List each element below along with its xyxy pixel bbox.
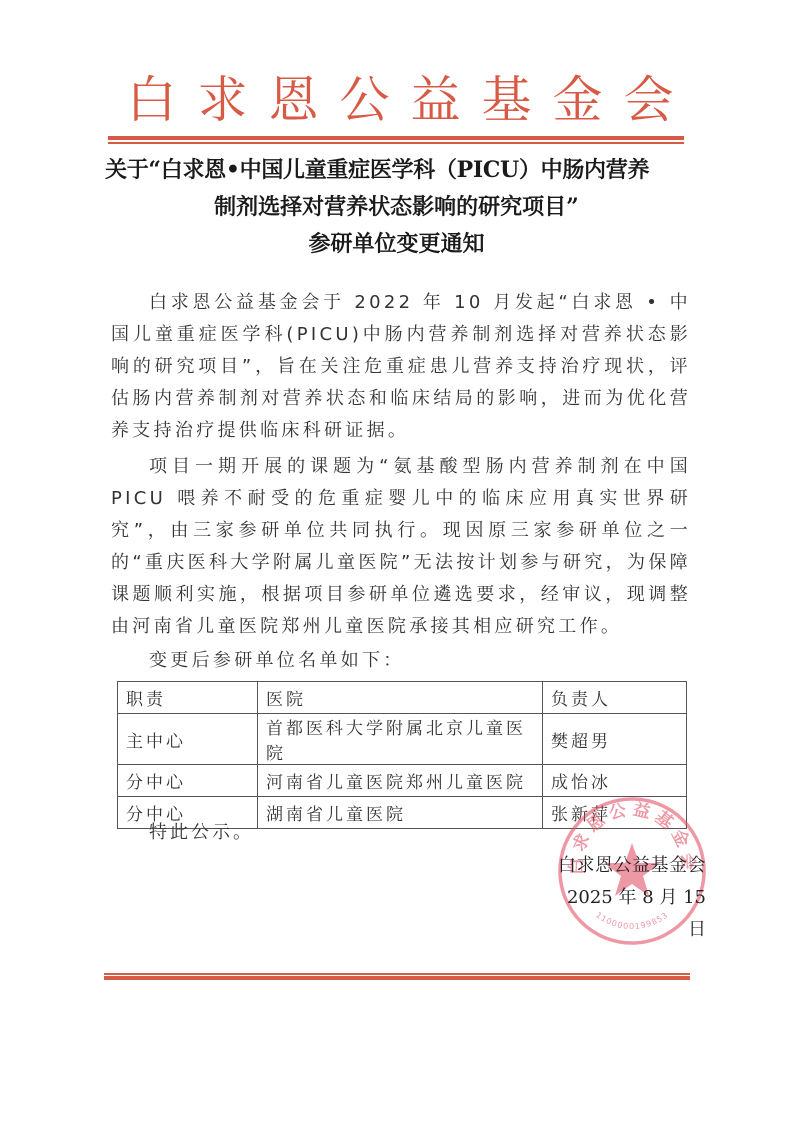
signature-block: 白求恩公益基金会 2025 年 8 月 15 日 (546, 850, 706, 946)
body-paragraph-2: 项目一期开展的课题为“氨基酸型肠内营养制剂在中国 PICU 喂养不耐受的危重症婴… (111, 451, 691, 643)
cell-role: 分中心 (118, 765, 258, 797)
cell-hospital: 河南省儿童医院郑州儿童医院 (258, 765, 543, 797)
letterhead-char: 会 (620, 70, 677, 130)
document-title: 关于“白求恩•中国儿童重症医学科（PICU）中肠内营养 制剂选择对营养状态影响的… (100, 152, 693, 263)
table-row: 分中心 河南省儿童医院郑州儿童医院 成怡冰 (118, 765, 687, 797)
paragraph-text: 白求恩公益基金会于 2022 年 10 月发起“白求恩 • 中国儿童重症医学科(… (111, 287, 691, 447)
paragraph-text: 项目一期开展的课题为“氨基酸型肠内营养制剂在中国 PICU 喂养不耐受的危重症婴… (111, 451, 691, 643)
letterhead-char: 公 (336, 70, 393, 130)
letterhead-char: 恩 (265, 70, 322, 130)
header-divider-thick (108, 136, 684, 140)
cell-lead: 成怡冰 (543, 765, 687, 797)
title-line-1: 关于“白求恩•中国儿童重症医学科（PICU）中肠内营养 (100, 152, 693, 189)
title-line-3: 参研单位变更通知 (100, 226, 693, 263)
notice-text: 特此公示。 (149, 817, 254, 849)
cell-lead: 樊超男 (543, 714, 687, 765)
signature-date: 2025 年 8 月 15 日 (546, 882, 706, 946)
letterhead-char: 白 (123, 70, 180, 130)
document-page: 白 求 恩 公 益 基 金 会 关于“白求恩•中国儿童重症医学科（PICU）中肠… (0, 0, 793, 1122)
title-line-2: 制剂选择对营养状态影响的研究项目” (100, 189, 693, 226)
header-cell-hospital: 医院 (258, 682, 543, 714)
header-divider-thin (108, 142, 684, 144)
letterhead-char: 基 (478, 70, 535, 130)
letterhead-char: 益 (407, 70, 464, 130)
cell-hospital: 首都医科大学附属北京儿童医院 (258, 714, 543, 765)
header-cell-role: 职责 (118, 682, 258, 714)
table-row: 主中心 首都医科大学附属北京儿童医院 樊超男 (118, 714, 687, 765)
signature-org: 白求恩公益基金会 (546, 850, 706, 882)
paragraph-text: 变更后参研单位名单如下： (111, 645, 691, 677)
cell-hospital: 湖南省儿童医院 (258, 797, 543, 829)
letterhead-char: 求 (194, 70, 251, 130)
org-letterhead: 白 求 恩 公 益 基 金 会 (100, 70, 700, 130)
table-header-row: 职责 医院 负责人 (118, 682, 687, 714)
footer-divider-thick (104, 976, 690, 980)
footer-divider-thin (104, 973, 690, 975)
cell-role: 主中心 (118, 714, 258, 765)
letterhead-char: 金 (549, 70, 606, 130)
body-paragraph-1: 白求恩公益基金会于 2022 年 10 月发起“白求恩 • 中国儿童重症医学科(… (111, 287, 691, 447)
body-paragraph-3: 变更后参研单位名单如下： (111, 645, 691, 677)
header-cell-lead: 负责人 (543, 682, 687, 714)
